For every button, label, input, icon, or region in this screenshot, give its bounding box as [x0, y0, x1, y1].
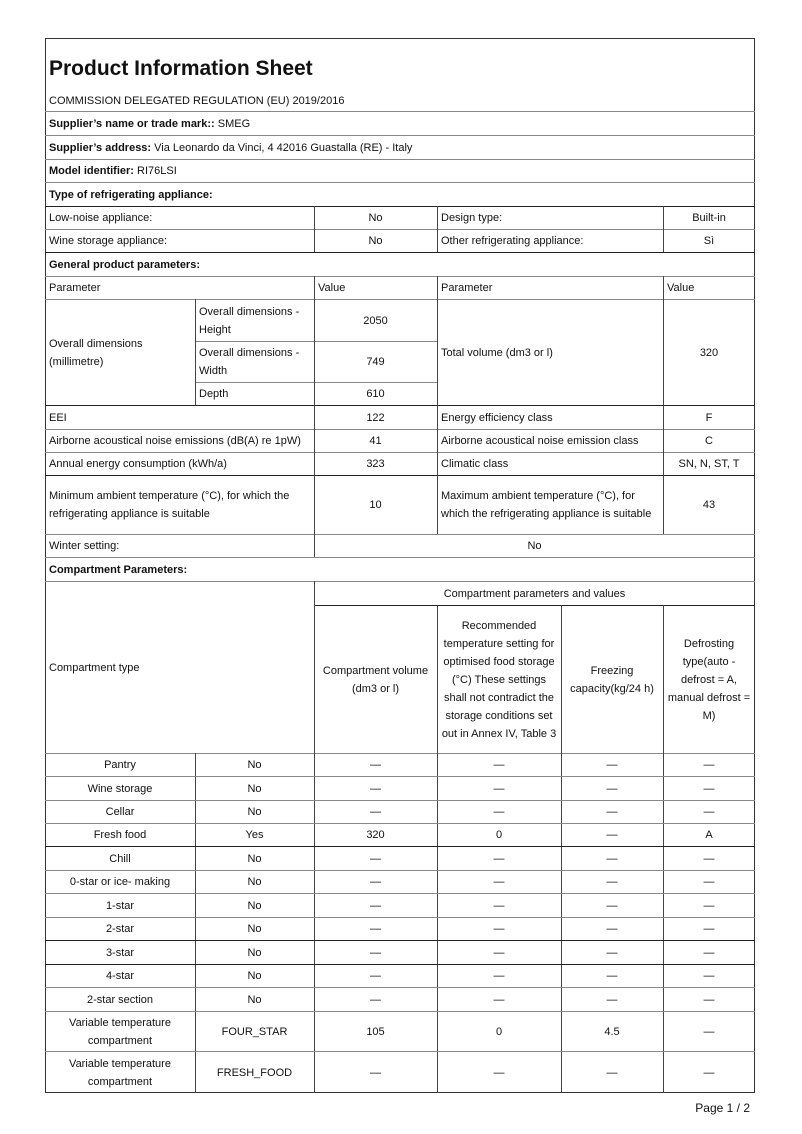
wine-storage-label-text: Wine storage appliance: — [49, 232, 167, 250]
compartment-present-text: No — [247, 756, 261, 774]
compartment-type-text: 3-star — [106, 944, 134, 962]
low-noise-value-text: No — [368, 209, 382, 227]
compartment-present: No — [195, 754, 314, 776]
col-recommended-temp: Recommended temperature setting for opti… — [437, 606, 561, 753]
compartment-present-text: No — [247, 780, 261, 798]
other-appliance-value: Sì — [663, 230, 755, 252]
compartment-volume-text: — — [370, 756, 381, 774]
general-title: General product parameters: — [45, 253, 755, 276]
compartment-volume: — — [314, 754, 437, 776]
compartment-defrost: — — [663, 1052, 755, 1093]
compartment-temp: 0 — [437, 824, 561, 846]
total-volume-label: Total volume (dm3 or l) — [437, 300, 663, 405]
height-label-text: Overall dimensions - Height — [199, 303, 310, 339]
compartment-type-text: 0-star or ice- making — [70, 873, 170, 891]
other-appliance-label: Other refrigerating appliance: — [437, 230, 663, 252]
compartment-defrost: — — [663, 871, 755, 893]
compartment-present: Yes — [195, 824, 314, 846]
depth-value: 610 — [314, 383, 437, 405]
compartment-volume: — — [314, 988, 437, 1011]
compartment-type-text: 1-star — [106, 897, 134, 915]
winter-setting-label: Winter setting: — [45, 535, 314, 557]
height-value: 2050 — [314, 300, 437, 341]
compartment-volume-text: — — [370, 1064, 381, 1082]
compartment-freezing-text: — — [607, 850, 618, 868]
compartment-defrost-text: — — [704, 803, 715, 821]
col-parameter-2: Parameter — [437, 277, 663, 299]
compartment-type-text: Cellar — [106, 803, 135, 821]
col-defrosting-type-text: Defrosting type(auto - defrost = A, manu… — [667, 635, 751, 725]
compartment-volume: — — [314, 918, 437, 940]
compartment-present: No — [195, 965, 314, 987]
compartment-volume-text: — — [370, 920, 381, 938]
compartment-temp: — — [437, 1052, 561, 1093]
compartment-present: No — [195, 777, 314, 800]
other-appliance-label-text: Other refrigerating appliance: — [441, 232, 583, 250]
model-identifier-value: RI76LSI — [137, 165, 177, 177]
compartment-freezing: 4.5 — [561, 1012, 663, 1051]
col-compartment-volume-text: Compartment volume (dm3 or l) — [318, 662, 433, 698]
compartment-freezing: — — [561, 918, 663, 940]
compartment-present-text: No — [247, 944, 261, 962]
eei-value-text: 122 — [366, 409, 384, 427]
compartment-defrost-text: — — [704, 756, 715, 774]
compartment-defrost: — — [663, 801, 755, 823]
compartment-present: No — [195, 847, 314, 870]
supplier-name-label: Supplier’s name or trade mark:: — [49, 118, 215, 130]
compartment-defrost-text: — — [704, 967, 715, 985]
min-temp-value-text: 10 — [369, 496, 381, 514]
compartment-freezing: — — [561, 824, 663, 846]
compartment-volume: — — [314, 965, 437, 987]
compartment-defrost-text: — — [704, 873, 715, 891]
compartment-type: 3-star — [45, 941, 195, 964]
compartment-defrost: — — [663, 894, 755, 917]
compartment-freezing: — — [561, 847, 663, 870]
compartment-temp: — — [437, 988, 561, 1011]
compartment-temp: — — [437, 894, 561, 917]
general-title-text: General product parameters: — [49, 256, 200, 274]
wine-storage-label: Wine storage appliance: — [45, 230, 314, 252]
column-divider — [437, 276, 438, 534]
compartment-freezing-text: — — [607, 780, 618, 798]
column-divider — [663, 276, 664, 534]
noise-class-value: C — [663, 430, 755, 452]
page-title: Product Information Sheet — [45, 50, 755, 88]
compartment-present: FOUR_STAR — [195, 1012, 314, 1051]
compartment-present: No — [195, 894, 314, 917]
noise-class-label-text: Airborne acoustical noise emission class — [441, 432, 638, 450]
eei-label: EEI — [45, 406, 314, 429]
energy-class-label-text: Energy efficiency class — [441, 409, 553, 427]
compartment-freezing-text: — — [607, 920, 618, 938]
compartment-freezing: — — [561, 941, 663, 964]
compartment-freezing-text: — — [607, 826, 618, 844]
compartment-freezing: — — [561, 801, 663, 823]
depth-label-text: Depth — [199, 385, 228, 403]
compartment-volume: — — [314, 847, 437, 870]
climatic-label: Climatic class — [437, 453, 663, 475]
compartment-volume: 105 — [314, 1012, 437, 1051]
compartment-temp-text: — — [494, 850, 505, 868]
compartment-present-text: FOUR_STAR — [222, 1023, 288, 1041]
supplier-name-value: SMEG — [218, 118, 250, 130]
low-noise-label: Low-noise appliance: — [45, 207, 314, 229]
other-appliance-value-text: Sì — [704, 232, 714, 250]
max-temp-value: 43 — [663, 476, 755, 534]
compartment-temp-text: 0 — [496, 1023, 502, 1041]
appliance-type-title: Type of refrigerating appliance: — [45, 183, 755, 206]
compartment-volume-text: — — [370, 803, 381, 821]
compartment-freezing: — — [561, 988, 663, 1011]
compartment-group-header-text: Compartment parameters and values — [444, 585, 626, 603]
compartment-volume-text: — — [370, 897, 381, 915]
compartment-type: Variable temperature compartment — [45, 1012, 195, 1051]
compartment-temp-text: — — [494, 756, 505, 774]
compartment-volume: — — [314, 871, 437, 893]
compartment-volume-text: — — [370, 991, 381, 1009]
total-volume-value: 320 — [663, 300, 755, 405]
compartment-defrost: — — [663, 754, 755, 776]
compartment-freezing-text: — — [607, 803, 618, 821]
col-defrosting-type: Defrosting type(auto - defrost = A, manu… — [663, 606, 755, 753]
total-volume-value-text: 320 — [700, 344, 718, 362]
column-divider — [195, 299, 196, 405]
col-parameter: Parameter — [45, 277, 314, 299]
dimensions-label-text: Overall dimensions (millimetre) — [49, 335, 191, 371]
compartment-temp-text: — — [494, 897, 505, 915]
compartment-type-text: Variable temperature compartment — [49, 1055, 191, 1091]
col-freezing-capacity: Freezing capacity(kg/24 h) — [561, 606, 663, 753]
compartment-temp-text: — — [494, 944, 505, 962]
compartment-present-text: No — [247, 850, 261, 868]
model-identifier-label: Model identifier: — [49, 165, 134, 177]
compartment-temp: — — [437, 918, 561, 940]
page-number: Page 1 / 2 — [695, 1101, 750, 1115]
compartment-temp: — — [437, 965, 561, 987]
annual-energy-label-text: Annual energy consumption (kWh/a) — [49, 455, 227, 473]
supplier-address-value: Via Leonardo da Vinci, 4 42016 Guastalla… — [154, 142, 412, 154]
compartment-freezing: — — [561, 871, 663, 893]
compartment-volume-text: — — [370, 967, 381, 985]
design-type-label: Design type: — [437, 207, 663, 229]
compartment-present-text: No — [247, 991, 261, 1009]
page-title-text: Product Information Sheet — [49, 60, 313, 78]
compartment-freezing-text: — — [607, 967, 618, 985]
compartment-type: Chill — [45, 847, 195, 870]
compartment-defrost: — — [663, 941, 755, 964]
supplier-name: Supplier’s name or trade mark:: SMEG — [45, 112, 755, 135]
compartment-defrost: — — [663, 965, 755, 987]
col-parameter-text: Parameter — [49, 279, 100, 297]
compartment-present-text: No — [247, 897, 261, 915]
climatic-value: SN, N, ST, T — [663, 453, 755, 475]
compartment-defrost: — — [663, 847, 755, 870]
wine-storage-value-text: No — [368, 232, 382, 250]
compartment-title: Compartment Parameters: — [45, 558, 755, 581]
col-value: Value — [314, 277, 437, 299]
compartment-present-text: No — [247, 873, 261, 891]
compartment-freezing-text: — — [607, 991, 618, 1009]
compartment-type-text: 4-star — [106, 967, 134, 985]
compartment-defrost: A — [663, 824, 755, 846]
noise-class-label: Airborne acoustical noise emission class — [437, 430, 663, 452]
eei-value: 122 — [314, 406, 437, 429]
column-divider — [663, 206, 664, 252]
compartment-temp: — — [437, 941, 561, 964]
compartment-type: Pantry — [45, 754, 195, 776]
compartment-type: 2-star section — [45, 988, 195, 1011]
depth-label: Depth — [195, 383, 314, 405]
compartment-defrost-text: A — [705, 826, 712, 844]
dimensions-label: Overall dimensions (millimetre) — [45, 300, 195, 405]
col-value-text: Value — [318, 279, 345, 297]
col-compartment-type: Compartment type — [45, 582, 314, 753]
total-volume-label-text: Total volume (dm3 or l) — [441, 344, 553, 362]
compartment-freezing-text: 4.5 — [604, 1023, 619, 1041]
compartment-freezing: — — [561, 1052, 663, 1093]
min-temp-label: Minimum ambient temperature (°C), for wh… — [45, 476, 314, 534]
compartment-present: No — [195, 871, 314, 893]
noise-label-text: Airborne acoustical noise emissions (dB(… — [49, 432, 301, 450]
col-value-2: Value — [663, 277, 755, 299]
compartment-present: No — [195, 941, 314, 964]
compartment-temp-text: — — [494, 920, 505, 938]
compartment-title-text: Compartment Parameters: — [49, 561, 187, 579]
col-compartment-volume: Compartment volume (dm3 or l) — [314, 606, 437, 753]
winter-setting-value: No — [314, 535, 755, 557]
compartment-type: Wine storage — [45, 777, 195, 800]
compartment-type: Cellar — [45, 801, 195, 823]
appliance-type-title-text: Type of refrigerating appliance: — [49, 186, 213, 204]
compartment-present-text: No — [247, 967, 261, 985]
energy-class-value: F — [663, 406, 755, 429]
compartment-temp-text: 0 — [496, 826, 502, 844]
compartment-freezing: — — [561, 777, 663, 800]
noise-value-text: 41 — [369, 432, 381, 450]
climatic-value-text: SN, N, ST, T — [679, 455, 740, 473]
compartment-type-text: Fresh food — [94, 826, 147, 844]
climatic-label-text: Climatic class — [441, 455, 508, 473]
compartment-defrost-text: — — [704, 780, 715, 798]
energy-class-value-text: F — [706, 409, 713, 427]
compartment-volume: — — [314, 801, 437, 823]
compartment-present: No — [195, 918, 314, 940]
compartment-defrost: — — [663, 988, 755, 1011]
compartment-volume: — — [314, 777, 437, 800]
design-type-value-text: Built-in — [692, 209, 726, 227]
compartment-freezing-text: — — [607, 944, 618, 962]
max-temp-value-text: 43 — [703, 496, 715, 514]
column-divider — [437, 206, 438, 252]
width-label-text: Overall dimensions - Width — [199, 344, 310, 380]
compartment-type-text: Wine storage — [88, 780, 153, 798]
compartment-type: 4-star — [45, 965, 195, 987]
compartment-freezing-text: — — [607, 873, 618, 891]
eei-label-text: EEI — [49, 409, 67, 427]
compartment-volume-text: 105 — [366, 1023, 384, 1041]
compartment-type: 0-star or ice- making — [45, 871, 195, 893]
compartment-volume: — — [314, 894, 437, 917]
compartment-temp-text: — — [494, 780, 505, 798]
max-temp-label-text: Maximum ambient temperature (°C), for wh… — [441, 487, 659, 523]
col-recommended-temp-text: Recommended temperature setting for opti… — [441, 617, 557, 743]
regulation: COMMISSION DELEGATED REGULATION (EU) 201… — [45, 90, 755, 111]
compartment-volume-text: — — [370, 873, 381, 891]
max-temp-label: Maximum ambient temperature (°C), for wh… — [437, 476, 663, 534]
low-noise-value: No — [314, 207, 437, 229]
compartment-defrost: — — [663, 918, 755, 940]
compartment-type: 1-star — [45, 894, 195, 917]
compartment-present-text: Yes — [246, 826, 264, 844]
annual-energy-value-text: 323 — [366, 455, 384, 473]
compartment-freezing: — — [561, 894, 663, 917]
column-divider — [314, 206, 315, 252]
compartment-temp: 0 — [437, 1012, 561, 1051]
compartment-present: FRESH_FOOD — [195, 1052, 314, 1093]
compartment-defrost-text: — — [704, 850, 715, 868]
compartment-temp: — — [437, 801, 561, 823]
depth-value-text: 610 — [366, 385, 384, 403]
compartment-present-text: No — [247, 803, 261, 821]
compartment-freezing: — — [561, 965, 663, 987]
energy-class-label: Energy efficiency class — [437, 406, 663, 429]
regulation-text: COMMISSION DELEGATED REGULATION (EU) 201… — [49, 92, 344, 110]
col-freezing-capacity-text: Freezing capacity(kg/24 h) — [565, 662, 659, 698]
compartment-defrost-text: — — [704, 920, 715, 938]
compartment-volume: — — [314, 1052, 437, 1093]
compartment-type-text: Chill — [109, 850, 130, 868]
compartment-defrost: — — [663, 1012, 755, 1051]
col-compartment-type-text: Compartment type — [49, 659, 139, 677]
compartment-freezing-text: — — [607, 897, 618, 915]
noise-value: 41 — [314, 430, 437, 452]
compartment-temp: — — [437, 777, 561, 800]
compartment-defrost-text: — — [704, 897, 715, 915]
annual-energy-value: 323 — [314, 453, 437, 475]
compartment-temp-text: — — [494, 991, 505, 1009]
model-identifier: Model identifier: RI76LSI — [45, 160, 755, 182]
compartment-type-text: Pantry — [104, 756, 136, 774]
min-temp-value: 10 — [314, 476, 437, 534]
min-temp-label-text: Minimum ambient temperature (°C), for wh… — [49, 487, 310, 523]
compartment-volume-text: — — [370, 850, 381, 868]
compartment-type: Fresh food — [45, 824, 195, 846]
compartment-volume: 320 — [314, 824, 437, 846]
supplier-address: Supplier’s address: Via Leonardo da Vinc… — [45, 136, 755, 159]
noise-label: Airborne acoustical noise emissions (dB(… — [45, 430, 314, 452]
width-value-text: 749 — [366, 353, 384, 371]
column-divider — [314, 276, 315, 557]
compartment-group-header: Compartment parameters and values — [314, 582, 755, 605]
annual-energy-label: Annual energy consumption (kWh/a) — [45, 453, 314, 475]
compartment-temp-text: — — [494, 1064, 505, 1082]
compartment-temp-text: — — [494, 967, 505, 985]
compartment-temp: — — [437, 847, 561, 870]
design-type-value: Built-in — [663, 207, 755, 229]
compartment-volume: — — [314, 941, 437, 964]
compartment-defrost-text: — — [704, 991, 715, 1009]
height-value-text: 2050 — [363, 312, 387, 330]
compartment-type-text: 2-star — [106, 920, 134, 938]
compartment-defrost-text: — — [704, 944, 715, 962]
col-value-2-text: Value — [667, 279, 694, 297]
compartment-type: 2-star — [45, 918, 195, 940]
width-label: Overall dimensions - Width — [195, 342, 314, 382]
compartment-volume-text: 320 — [366, 826, 384, 844]
noise-class-value-text: C — [705, 432, 713, 450]
compartment-temp: — — [437, 754, 561, 776]
design-type-label-text: Design type: — [441, 209, 502, 227]
compartment-volume-text: — — [370, 944, 381, 962]
compartment-type-text: Variable temperature compartment — [49, 1014, 191, 1050]
winter-setting-value-text: No — [527, 537, 541, 555]
compartment-type-text: 2-star section — [87, 991, 153, 1009]
compartment-defrost-text: — — [704, 1023, 715, 1041]
compartment-freezing: — — [561, 754, 663, 776]
compartment-present-text: FRESH_FOOD — [217, 1064, 292, 1082]
compartment-volume-text: — — [370, 780, 381, 798]
compartment-present-text: No — [247, 920, 261, 938]
compartment-temp-text: — — [494, 873, 505, 891]
width-value: 749 — [314, 342, 437, 382]
compartment-defrost: — — [663, 777, 755, 800]
compartment-present: No — [195, 801, 314, 823]
height-label: Overall dimensions - Height — [195, 300, 314, 341]
compartment-temp-text: — — [494, 803, 505, 821]
supplier-address-label: Supplier’s address: — [49, 142, 151, 154]
wine-storage-value: No — [314, 230, 437, 252]
compartment-present: No — [195, 988, 314, 1011]
compartment-freezing-text: — — [607, 1064, 618, 1082]
winter-setting-label-text: Winter setting: — [49, 537, 119, 555]
compartment-type: Variable temperature compartment — [45, 1052, 195, 1093]
compartment-temp: — — [437, 871, 561, 893]
low-noise-label-text: Low-noise appliance: — [49, 209, 152, 227]
compartment-defrost-text: — — [704, 1064, 715, 1082]
compartment-freezing-text: — — [607, 756, 618, 774]
col-parameter-2-text: Parameter — [441, 279, 492, 297]
